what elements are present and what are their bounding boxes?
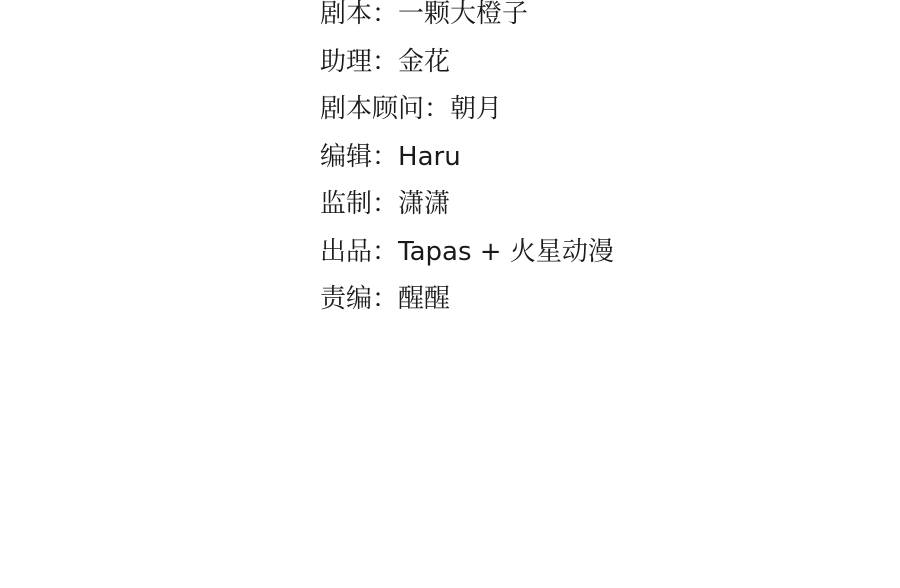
credit-editor: 编辑：Haru [320, 134, 614, 182]
credit-assistant: 助理：金花 [320, 39, 614, 87]
credit-name: 一颗大橙子 [398, 0, 528, 39]
credit-role: 助理 [320, 39, 372, 87]
credit-supervisor: 监制：潇潇 [320, 181, 614, 229]
credit-name: Haru [398, 134, 461, 182]
credit-separator: ： [372, 134, 398, 182]
credit-name: 金花 [398, 39, 450, 87]
credit-role: 出品 [320, 229, 372, 277]
credit-role: 剧本顾问 [320, 86, 424, 134]
credit-name: 醒醒 [398, 276, 450, 324]
credit-producer: 出品：Tapas + 火星动漫 [320, 229, 614, 277]
credit-name: Tapas + 火星动漫 [398, 229, 614, 277]
credit-separator: ： [372, 229, 398, 277]
credit-separator: ： [372, 181, 398, 229]
credit-role: 责编 [320, 276, 372, 324]
credit-separator: ： [372, 0, 398, 39]
credit-separator: ： [424, 86, 450, 134]
credit-script-consultant: 剧本顾问：朝月 [320, 86, 614, 134]
credit-separator: ： [372, 276, 398, 324]
credit-separator: ： [372, 39, 398, 87]
credit-role: 剧本 [320, 0, 372, 39]
credit-name: 朝月 [450, 86, 502, 134]
credit-script: 剧本：一颗大橙子 [320, 0, 614, 39]
credit-role: 编辑 [320, 134, 372, 182]
credit-role: 监制 [320, 181, 372, 229]
credits-list: 剧本：一颗大橙子 助理：金花 剧本顾问：朝月 编辑：Haru 监制：潇潇 出品：… [320, 0, 614, 324]
credit-responsible-editor: 责编：醒醒 [320, 276, 614, 324]
credit-name: 潇潇 [398, 181, 450, 229]
